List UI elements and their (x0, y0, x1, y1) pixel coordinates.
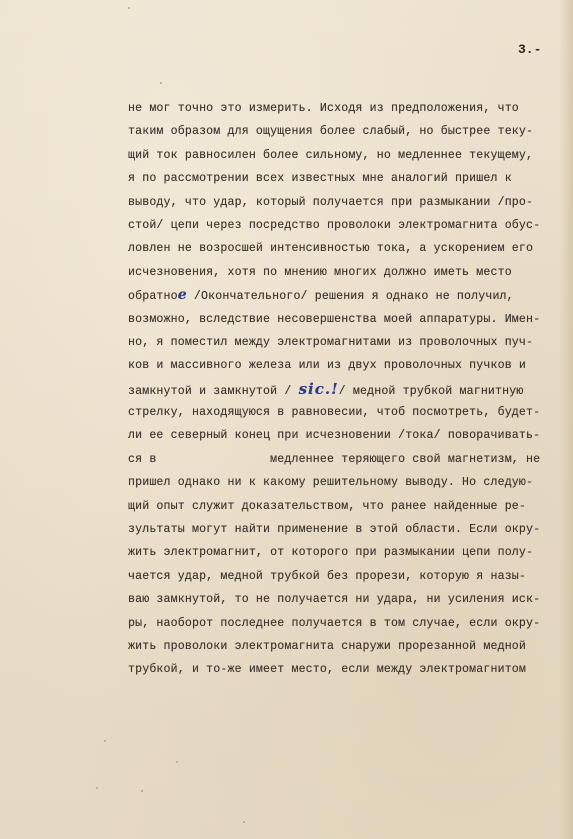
text-line: жить электромагнит, от которого при разм… (128, 541, 568, 564)
handwritten-sic-annotation: sic.! (299, 380, 339, 398)
text-line: возможно, вследствие несовершенства моей… (128, 308, 568, 331)
handwritten-correction: е (178, 287, 187, 303)
text-line: пришел однако ни к какому решительному в… (128, 471, 568, 494)
text-line: ся в медленнее теряющего свой магнетизм,… (128, 448, 568, 471)
typed-fragment: /Окончательного/ решения я однако не пол… (187, 290, 514, 303)
paper-speck (160, 82, 162, 84)
text-line: трубкой, и то-же имеет место, если между… (128, 658, 568, 681)
text-line: но, я поместил между электромагнитами из… (128, 331, 568, 354)
text-line: зультаты могут найти применение в этой о… (128, 518, 568, 541)
paper-speck (96, 787, 98, 789)
document-page: 3.- не мог точно это измерить. Исходя из… (0, 0, 573, 839)
page-number: 3.- (518, 42, 541, 57)
paper-speck (141, 790, 143, 792)
text-line: ловлен не возросшей интенсивностью тока,… (128, 237, 568, 260)
paper-speck (243, 821, 245, 823)
text-line-with-correction: обратное /Окончательного/ решения я одна… (128, 284, 568, 307)
text-line: ры, наоборот последнее получается в том … (128, 612, 568, 635)
paper-speck (128, 7, 130, 9)
text-line: щий ток равносилен более сильному, но ме… (128, 144, 568, 167)
text-line: стой/ цепи через посредство проволоки эл… (128, 214, 568, 237)
text-line: выводу, что удар, который получается при… (128, 191, 568, 214)
text-line: ваю замкнутой, то не получается ни удара… (128, 588, 568, 611)
text-line: не мог точно это измерить. Исходя из пре… (128, 97, 568, 120)
typed-fragment: замкнутой и замкнутой / (128, 385, 299, 398)
paper-speck (176, 761, 178, 763)
text-line: жить проволоки электромагнита снаружи пр… (128, 635, 568, 658)
text-line: стрелку, находящуюся в равновесии, чтоб … (128, 401, 568, 424)
text-line-with-annotation: замкнутой и замкнутой / sic.!/ медной тр… (128, 378, 568, 401)
typed-fragment: / медной трубкой магнитную (339, 385, 524, 398)
text-line: ли ее северный конец при исчезновении /т… (128, 424, 568, 447)
paper-speck (104, 740, 106, 742)
text-line: чается удар, медной трубкой без прорези,… (128, 565, 568, 588)
typewritten-text-block: не мог точно это измерить. Исходя из пре… (128, 97, 568, 682)
text-line: таким образом для ощущения более слабый,… (128, 120, 568, 143)
text-line: щий опыт служит доказательством, что ран… (128, 495, 568, 518)
text-line: я по рассмотрении всех известных мне ана… (128, 167, 568, 190)
text-line: исчезновения, хотя по мнению многих долж… (128, 261, 568, 284)
text-line: ков и массивного железа или из двух пров… (128, 354, 568, 377)
typed-fragment: обратно (128, 290, 178, 303)
